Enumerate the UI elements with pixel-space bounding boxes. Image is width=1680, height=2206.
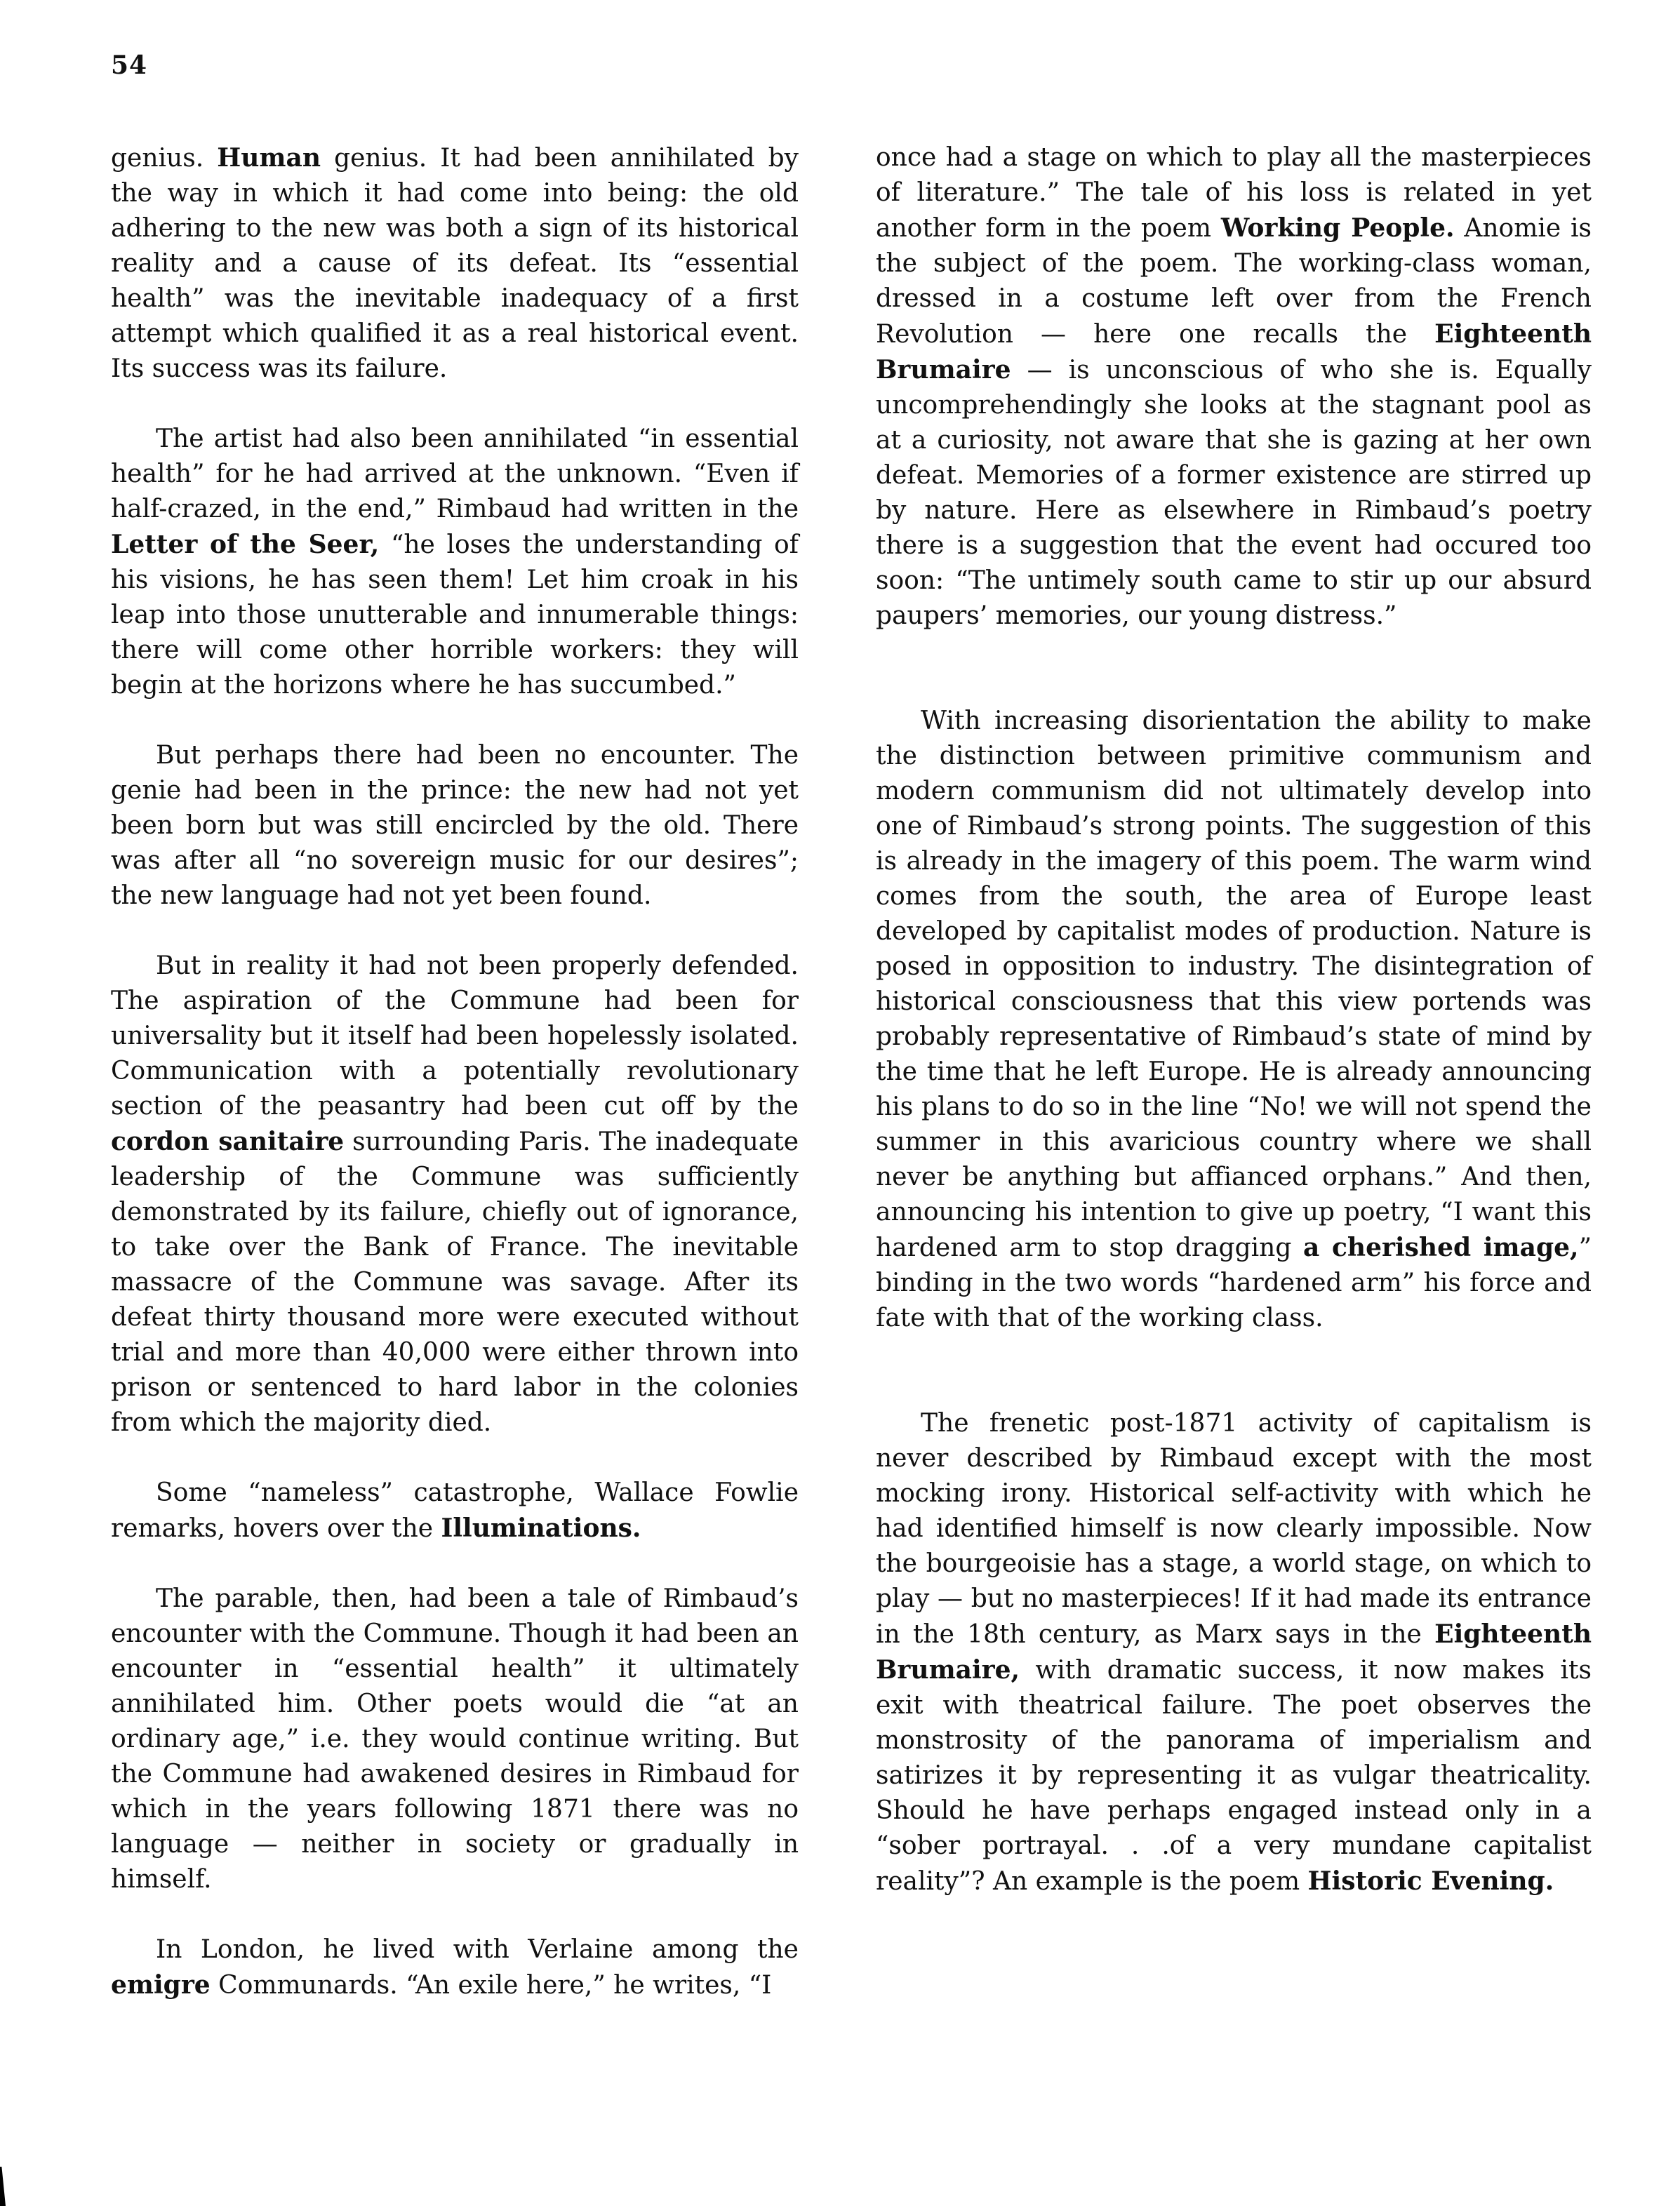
paragraph: In London, he lived with Verlaine among …	[111, 1932, 799, 2003]
text-segment: The parable, then, had been a tale of Ri…	[111, 1584, 799, 1894]
page-number: 54	[111, 51, 147, 80]
bold-term-emigre: emigre	[111, 1970, 211, 2000]
text-segment: genius. It had been annihilated by the w…	[111, 144, 799, 383]
paragraph: The frenetic post-1871 activity of capit…	[876, 1406, 1592, 1899]
text-segment: In London, he lived with Verlaine among …	[156, 1935, 799, 1964]
text-segment: With increasing disorientation the abili…	[876, 707, 1592, 1262]
bold-title-working-people: Working People.	[1221, 213, 1455, 243]
scan-edge-mark	[0, 2167, 6, 2206]
bold-term-cordon-sanitaire: cordon sanitaire	[111, 1127, 344, 1156]
text-segment: surrounding Paris. The inadequate leader…	[111, 1128, 799, 1437]
paragraph: genius. Human genius. It had been annihi…	[111, 140, 799, 387]
text-segment: The frenetic post-1871 activity of capit…	[876, 1409, 1592, 1649]
text-segment: Communards. “An exile here,” he writes, …	[211, 1971, 772, 2000]
left-column: genius. Human genius. It had been annihi…	[111, 140, 799, 2003]
text-segment: But perhaps there had been no encounter.…	[111, 741, 799, 910]
text-segment: with dramatic success, it now makes its …	[876, 1656, 1592, 1896]
paragraph: The parable, then, had been a tale of Ri…	[111, 1582, 799, 1897]
bold-title-illuminations: Illuminations.	[441, 1513, 641, 1543]
text-segment: genius.	[111, 144, 217, 173]
bold-quote-cherished-image: a cherished image,	[1303, 1233, 1579, 1262]
paragraph: Some “nameless” catastrophe, Wallace Fow…	[111, 1476, 799, 1546]
right-column: once had a stage on which to play all th…	[876, 140, 1592, 1899]
bold-title-letter-of-the-seer: Letter of the Seer,	[111, 530, 379, 559]
paragraph: once had a stage on which to play all th…	[876, 140, 1592, 634]
bold-title-historic-evening: Historic Evening.	[1308, 1866, 1554, 1896]
paragraph: With increasing disorientation the abili…	[876, 704, 1592, 1336]
bold-term: Human	[217, 143, 321, 173]
text-segment: — is unconscious of who she is. Equally …	[876, 356, 1592, 630]
paragraph: But in reality it had not been properly …	[111, 949, 799, 1440]
text-segment: The artist had also been annihilated “in…	[111, 425, 799, 523]
text-segment: But in reality it had not been properly …	[111, 951, 799, 1121]
paragraph: But perhaps there had been no encounter.…	[111, 738, 799, 914]
paragraph: The artist had also been annihilated “in…	[111, 422, 799, 703]
